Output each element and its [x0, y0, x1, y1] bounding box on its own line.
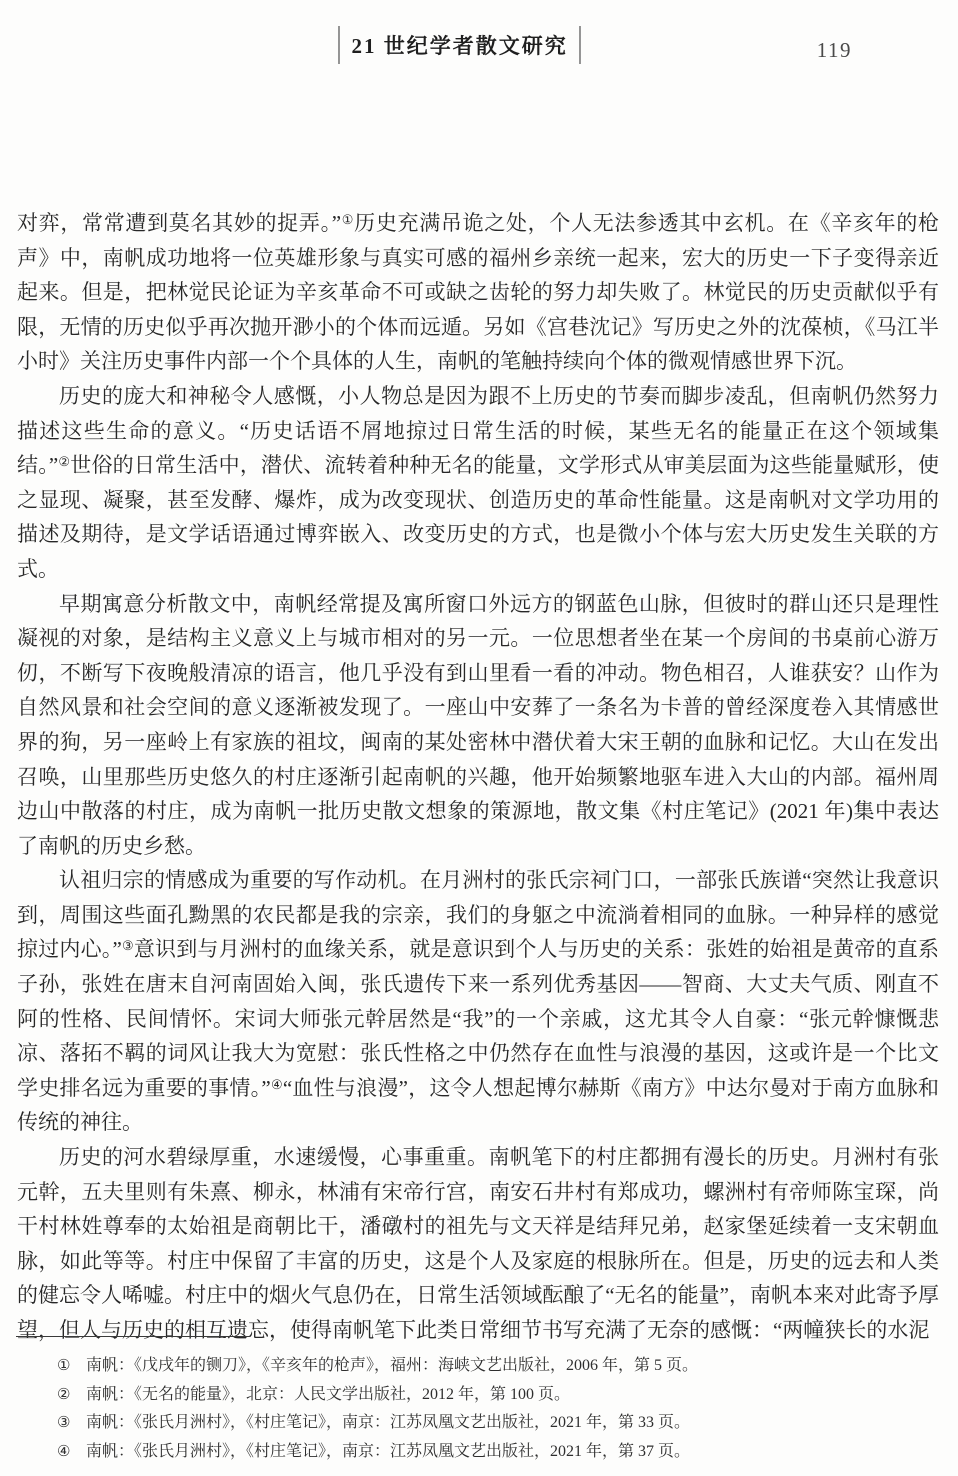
footnote-item: ④南帆：《张氏月洲村》，《村庄笔记》，南京：江苏凤凰文艺出版社，2021 年，第… — [57, 1438, 938, 1467]
paragraph: 对弈，常常遭到莫名其妙的捉弄。”①历史充满吊诡之处，个人无法参透其中玄机。在《辛… — [17, 206, 939, 379]
running-head-title-box: 21 世纪学者散文研究 — [338, 26, 580, 64]
footnote-item: ②南帆：《无名的能量》，北京：人民文学出版社，2012 年，第 100 页。 — [57, 1381, 938, 1410]
footnote-marker: ② — [57, 1382, 86, 1410]
paragraph: 历史的庞大和神秘令人感慨，小人物总是因为跟不上历史的节奏而脚步凌乱，但南帆仍然努… — [17, 379, 939, 587]
paragraph: 认祖归宗的情感成为重要的写作动机。在月洲村的张氏宗祠门口，一部张氏族谱“突然让我… — [17, 863, 939, 1140]
footnote-separator-rule — [16, 1336, 250, 1337]
running-head: 21 世纪学者散文研究 119 — [0, 26, 958, 66]
footnotes: ①南帆：《戊戌年的铡刀》，《辛亥年的枪声》，福州：海峡文艺出版社，2006 年，… — [57, 1352, 938, 1466]
footnote-marker: ① — [57, 1353, 86, 1381]
footnote-reference: ④ — [271, 1077, 283, 1092]
running-head-title: 21 世纪学者散文研究 — [351, 30, 567, 60]
paragraph: 早期寓意分析散文中，南帆经常提及寓所窗口外远方的钢蓝色山脉，但彼时的群山还只是理… — [17, 587, 939, 864]
footnote-reference: ② — [58, 454, 70, 469]
footnote-item: ①南帆：《戊戌年的铡刀》，《辛亥年的枪声》，福州：海峡文艺出版社，2006 年，… — [57, 1352, 938, 1381]
footnote-text: 南帆：《无名的能量》，北京：人民文学出版社，2012 年，第 100 页。 — [86, 1381, 938, 1409]
footnote-text: 南帆：《张氏月洲村》，《村庄笔记》，南京：江苏凤凰文艺出版社，2021 年，第 … — [86, 1438, 938, 1466]
footnote-item: ③南帆：《张氏月洲村》，《村庄笔记》，南京：江苏凤凰文艺出版社，2021 年，第… — [57, 1409, 938, 1438]
paragraph: 历史的河水碧绿厚重，水速缓慢，心事重重。南帆笔下的村庄都拥有漫长的历史。月洲村有… — [17, 1140, 939, 1348]
footnote-marker: ③ — [57, 1410, 86, 1438]
page-number: 119 — [817, 38, 852, 63]
article-body: 对弈，常常遭到莫名其妙的捉弄。”①历史充满吊诡之处，个人无法参透其中玄机。在《辛… — [17, 206, 939, 1348]
footnote-reference: ③ — [122, 938, 134, 953]
footnote-reference: ① — [341, 212, 354, 227]
footnote-text: 南帆：《张氏月洲村》，《村庄笔记》，南京：江苏凤凰文艺出版社，2021 年，第 … — [86, 1409, 938, 1437]
footnote-marker: ④ — [57, 1439, 86, 1467]
journal-page: 21 世纪学者散文研究 119 对弈，常常遭到莫名其妙的捉弄。”①历史充满吊诡之… — [0, 0, 958, 1476]
footnote-text: 南帆：《戊戌年的铡刀》，《辛亥年的枪声》，福州：海峡文艺出版社，2006 年，第… — [86, 1352, 938, 1380]
